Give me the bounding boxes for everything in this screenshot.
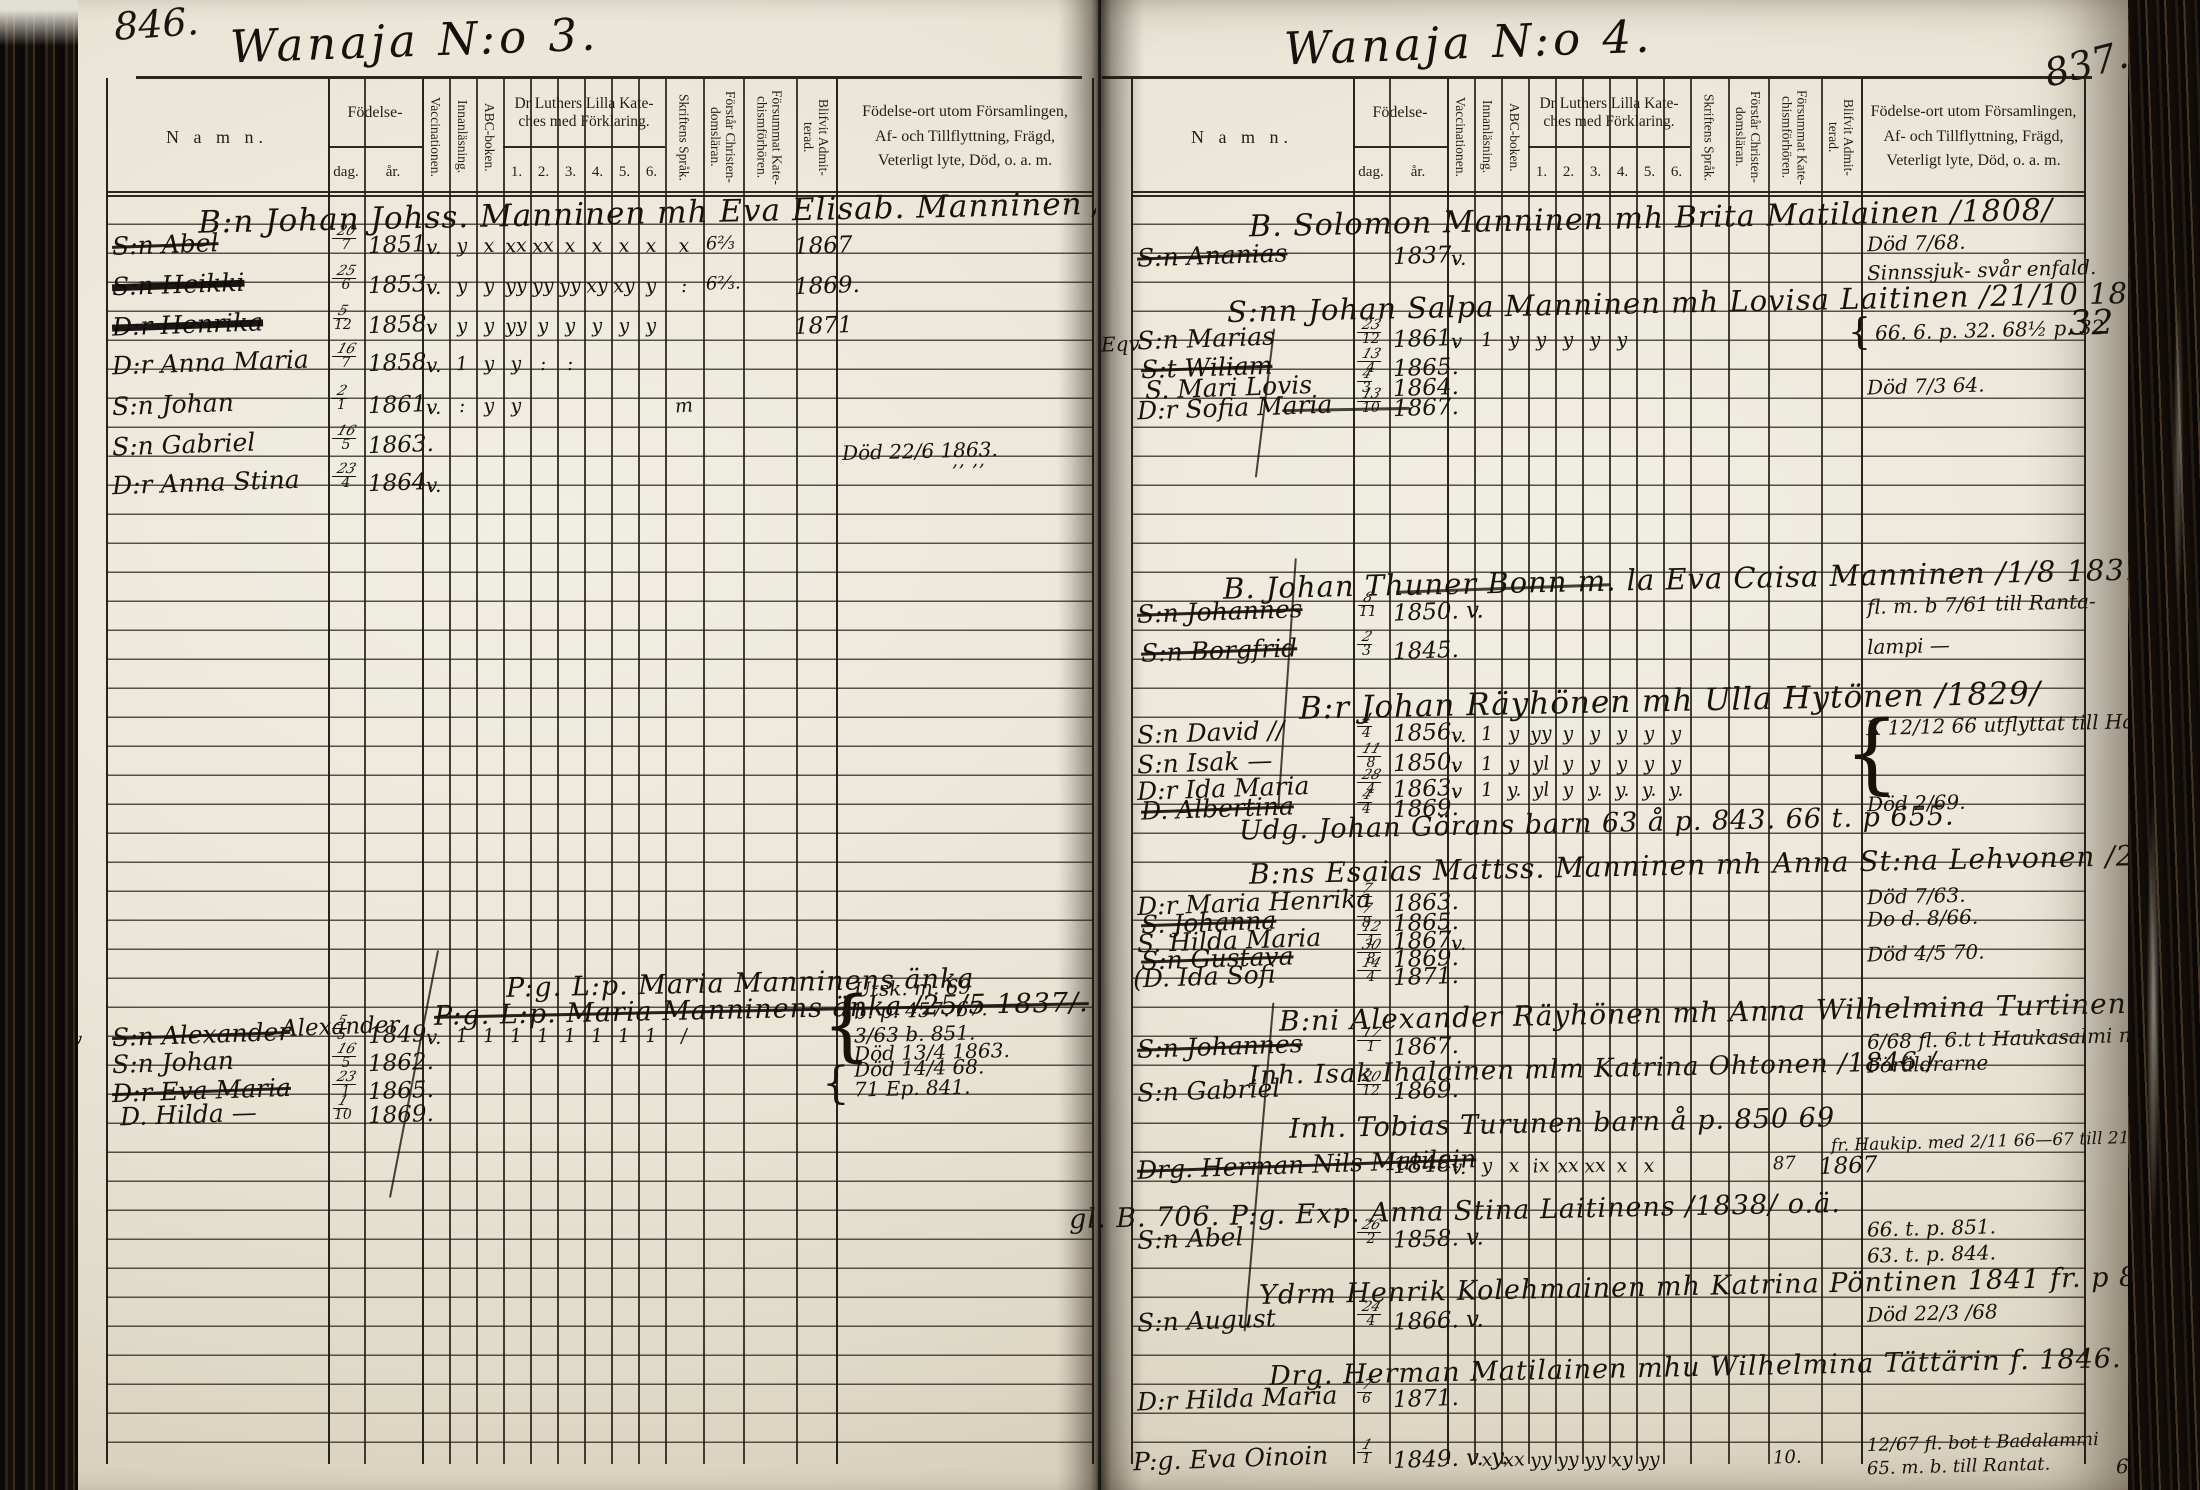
column-line (328, 78, 330, 1464)
page-stack-edge (2128, 0, 2200, 1490)
column-header-katekes-6: 6. (1663, 148, 1690, 196)
column-header-katekes-5: 5. (611, 148, 638, 196)
curly-brace: { (1844, 710, 1900, 797)
birth-year: 1848. (1393, 1153, 1460, 1178)
column-line (1389, 78, 1391, 1464)
remark-line: Död 22/3 /68 (1867, 1301, 1998, 1324)
column-header-innanlasning: Innanläsning. (1474, 78, 1501, 196)
birth-year: 1871. (1393, 1387, 1460, 1412)
birth-year: 1850. (1393, 751, 1460, 776)
reading-mark: y (645, 277, 657, 297)
remark-line: lampi — (1867, 635, 1950, 657)
birth-year: 1862. (368, 1051, 435, 1076)
reading-mark: xx (1584, 1156, 1607, 1176)
birth-day: 76 (1359, 1380, 1374, 1405)
curly-brace: { (822, 988, 872, 1066)
person-name: (D. Ida Sofi (1133, 962, 1276, 992)
vaccination-mark: v. (1451, 1157, 1467, 1178)
birth-day: 256 (334, 266, 358, 291)
reading-mark: yy (505, 276, 528, 296)
birth-day: 2012 (1359, 1072, 1383, 1097)
vaccination-mark: v (1451, 331, 1463, 351)
left-page: 846. Wanaja N:o 3. N a m n. Födelse- dag… (78, 0, 1096, 1490)
curly-brace: { (822, 1062, 850, 1106)
heading-rule (1102, 76, 2092, 79)
reading-mark: y (483, 397, 495, 417)
reading-mark: x (678, 237, 690, 257)
birth-day: 55 (334, 1016, 349, 1041)
book-binding-edge (0, 0, 78, 1490)
column-header-katekes-2: 2. (530, 148, 557, 196)
remark-line: 66. t. p. 851. (1867, 1216, 1996, 1239)
column-header-skriftens-sprak: Skriftens Språk. (1690, 78, 1728, 196)
admitted-year: 1867 (794, 234, 853, 259)
column-header-remarks: Födelse-ort utom Församlingen,Af- och Ti… (1861, 78, 2086, 196)
vaccination-mark: v. (426, 397, 442, 418)
remark-line: Död 4/5 70. (1867, 941, 1985, 964)
column-header-katekes-2: 2. (1555, 148, 1582, 196)
reading-mark: : (680, 277, 688, 296)
column-header-skriftens-sprak: Skriftens Språk. (665, 78, 703, 196)
reading-mark: y (1562, 725, 1574, 745)
note-entry: 32 (2069, 306, 2115, 341)
remark-line: Do d. 8/66. (1867, 907, 1979, 930)
reading-mark: x (1616, 1157, 1628, 1177)
reading-mark: 1 (644, 1027, 657, 1047)
column-line (1555, 78, 1557, 1464)
reading-mark: y (1616, 331, 1628, 351)
person-name: D:r Anna Maria (112, 347, 310, 379)
column-header-admitterad: Blifvit Admit-terad. (1821, 78, 1861, 196)
column-header-katekes-1: 1. (1528, 148, 1555, 196)
person-name: D:r Hilda Maria (1137, 1383, 1338, 1415)
reading-mark: y (510, 397, 522, 417)
column-header-katekes-1: 1. (503, 148, 530, 196)
column-header-katekes-4: 4. (1609, 148, 1636, 196)
reading-mark: y. (1614, 781, 1630, 801)
person-name: S:n Borgfrid (1141, 635, 1298, 665)
birth-year: 1871. (1393, 965, 1460, 990)
column-header-admitterad: Blifvit Admit-terad. (796, 78, 836, 196)
column-line (1131, 78, 1133, 1464)
reading-mark: y (1562, 755, 1574, 775)
birth-day: 234 (334, 464, 358, 489)
reading-mark: y (1508, 755, 1520, 775)
column-header-ar: år. (364, 148, 422, 196)
column-header-innanlasning: Innanläsning. (449, 78, 476, 196)
reading-mark: x (645, 237, 657, 257)
column-line (703, 78, 705, 1464)
reading-mark: yy (1638, 1450, 1661, 1470)
remark-line: 71 Ep. 841. (854, 1076, 971, 1099)
reading-mark: x (1508, 1157, 1520, 1177)
reading-mark: 1 (1480, 725, 1493, 745)
vaccination-mark: v. (426, 355, 442, 376)
header-divider (1353, 146, 1447, 148)
reading-mark: / (680, 1027, 688, 1046)
column-header-remarks: Födelse-ort utom Församlingen,Af- och Ti… (836, 78, 1094, 196)
reading-mark: 1 (1480, 331, 1493, 351)
reading-mark: y (1508, 725, 1520, 745)
note-entry: ‚‚ ‚‚ (952, 452, 986, 471)
birth-year: 1866. v. (1393, 1308, 1484, 1334)
birth-day: 165 (334, 1044, 358, 1069)
reading-mark: y (1562, 781, 1574, 801)
reading-mark: x (618, 237, 630, 257)
vaccination-mark: v. (426, 1027, 442, 1048)
reading-mark: ix (1532, 1156, 1550, 1176)
person-name: D. Hilda — (120, 1100, 257, 1130)
reading-mark: 1 (590, 1027, 603, 1047)
person-name: P:g. Eva Oinoin (1133, 1443, 1329, 1475)
birth-day: 23 (1359, 632, 1374, 657)
reading-mark: y (456, 277, 468, 297)
birth-day: 262 (1359, 1220, 1383, 1245)
header-divider (328, 146, 422, 148)
reading-mark: 1 (1480, 755, 1493, 775)
person-name: S:n August (1137, 1306, 1277, 1336)
person-name: S:n Heikki (112, 270, 245, 300)
reading-mark: y (1562, 331, 1574, 351)
vaccination-mark: v (1451, 755, 1463, 775)
reading-mark: x (1643, 1157, 1655, 1177)
right-page: 837. Wanaja N:o 4. N a m n. Födelse- dag… (1096, 0, 2140, 1490)
heading-rule (136, 76, 1082, 79)
reading-mark: y. (1668, 781, 1684, 801)
reading-mark: xy (1611, 1450, 1634, 1470)
reading-mark: y (483, 317, 495, 337)
birth-year: 1869. (1393, 1079, 1460, 1104)
column-line (743, 78, 745, 1464)
birth-year: 1853. (368, 273, 435, 298)
birth-year: 1864. (368, 471, 435, 496)
remark-line: Död 7/68. (1867, 232, 1966, 255)
person-name: S:n Abel (1137, 1224, 1244, 1253)
birth-day: 165 (334, 426, 358, 451)
column-header-ar: år. (1389, 148, 1447, 196)
reading-mark: y (510, 355, 522, 375)
reading-mark: y (1589, 755, 1601, 775)
column-header-katekes-6: 6. (638, 148, 665, 196)
reading-mark: y (537, 317, 549, 337)
forsummat-mark: 87 (1773, 1155, 1797, 1174)
person-name: S:n Gabriel (1137, 1076, 1281, 1106)
reading-mark: x (564, 237, 576, 257)
vaccination-mark: v. (426, 277, 442, 298)
reading-mark: y (1643, 755, 1655, 775)
birth-day: 144 (1359, 958, 1383, 983)
reading-mark: y (1481, 1157, 1493, 1177)
reading-mark: xx (505, 236, 528, 256)
person-name: D:r Sofia Maria (1137, 392, 1333, 424)
reading-mark: y (618, 317, 630, 337)
remark-line: fl. m. b 7/61 till Ranta- (1867, 591, 2096, 617)
reading-mark: 1 (563, 1027, 576, 1047)
column-line (449, 78, 451, 1464)
forsummat-mark: 10. (1773, 1449, 1802, 1468)
birth-year: 1850. v. (1393, 599, 1484, 625)
person-name: S:n Johan (112, 1048, 235, 1077)
admitted-year: 1871 (794, 314, 853, 339)
reading-mark: yy (532, 276, 555, 296)
birth-day: 207 (334, 226, 358, 251)
column-header-forsummat: Försummat Kate-chismförhören. (1768, 78, 1821, 196)
reading-mark: y (1589, 725, 1601, 745)
reading-mark: y. (1506, 781, 1522, 801)
column-line (665, 78, 667, 1464)
person-name: S:n Marias (1137, 324, 1276, 354)
column-line (638, 78, 640, 1464)
admitted-year: 1867 (1819, 1154, 1878, 1179)
column-line (106, 78, 108, 1464)
birth-day: 512 (334, 306, 352, 331)
margin-note: Eqv (1101, 333, 1140, 354)
reading-mark: x (483, 237, 495, 257)
reading-mark: yy (559, 276, 582, 296)
reading-mark: xy (613, 276, 636, 296)
reading-mark: yy (1530, 724, 1553, 744)
column-header-forstar: Förstår Christen-domsläran. (703, 78, 743, 196)
reading-mark: xx (1557, 1156, 1580, 1176)
reading-mark: y (564, 317, 576, 337)
birth-year: 1837. (1393, 244, 1460, 269)
remark-line: b. p. 457. 67. (854, 998, 988, 1021)
page-title-left: Wanaja N:o 3. (229, 8, 600, 74)
birth-day: 171 (1359, 1028, 1383, 1053)
reading-mark: 1 (482, 1027, 495, 1047)
reading-mark: m (674, 396, 693, 416)
remark-line: 65. m. b. till Rantat. (1867, 1456, 2051, 1479)
column-line (1474, 78, 1476, 1464)
column-line (1353, 78, 1355, 1464)
reading-mark: : (566, 355, 574, 374)
reading-mark: y (1535, 331, 1547, 351)
admitted-year: 1869. (794, 274, 861, 299)
birth-day: 244 (1359, 1302, 1383, 1327)
person-name: S:n Johannes (1137, 1031, 1303, 1062)
birth-year: 1856. (1393, 721, 1460, 746)
remark-line: Död 7/63. (1867, 885, 1966, 908)
birth-day: 118 (1359, 744, 1383, 769)
vaccination-mark: v. (1451, 248, 1467, 269)
reading-mark: y (1670, 725, 1682, 745)
person-name: S:n Gabriel (112, 430, 256, 460)
reading-mark: x (1481, 1451, 1493, 1471)
column-line (1528, 78, 1530, 1464)
reading-mark: xy (586, 276, 609, 296)
reading-mark: yy (1557, 1450, 1580, 1470)
table-header: N a m n. Födelse- dag. år. Vaccinationen… (106, 78, 1094, 196)
reading-mark: 1 (617, 1027, 630, 1047)
column-header-katekes-4: 4. (584, 148, 611, 196)
vaccination-mark: v. (426, 237, 442, 258)
person-name: S:n Johannes (1137, 596, 1303, 627)
reading-mark: y (456, 317, 468, 337)
remark-line: Död 7/3 64. (1867, 374, 1985, 397)
curly-brace: { (1848, 314, 1871, 350)
column-header-fodelse: Födelse- (1353, 78, 1447, 148)
birth-year: 1863. (368, 433, 435, 458)
reading-mark: y (483, 277, 495, 297)
person-name: S:n Johan (112, 390, 235, 419)
reading-mark: y (483, 355, 495, 375)
reading-mark: x (591, 237, 603, 257)
person-name: D:r Anna Stina (112, 467, 300, 499)
column-line (476, 78, 478, 1464)
column-line (1609, 78, 1611, 1464)
column-header-dag: dag. (328, 148, 364, 196)
birth-year: 1851. (368, 233, 435, 258)
reading-mark: y (1643, 725, 1655, 745)
reading-mark: y. (1641, 781, 1657, 801)
birth-year: 1845. (1393, 639, 1460, 664)
reading-mark: xx (532, 236, 555, 256)
column-header-katekes-5: 5. (1636, 148, 1663, 196)
column-header-katekes-3: 3. (557, 148, 584, 196)
reading-mark: 1 (455, 355, 468, 375)
birth-day: 11 (1359, 1440, 1374, 1465)
person-name: S:n David // (1137, 717, 1285, 747)
birth-year: 1858. (368, 351, 435, 376)
scanned-ledger: 846. Wanaja N:o 3. N a m n. Födelse- dag… (0, 0, 2200, 1490)
reading-mark: y (1508, 331, 1520, 351)
birth-day: 167 (334, 344, 358, 369)
vaccination-mark: v. (1451, 725, 1467, 746)
birth-year: 1869. (368, 1103, 435, 1128)
column-header-forstar: Förstår Christen-domsläran. (1728, 78, 1768, 196)
page-number-left: 846. (113, 0, 200, 49)
birth-year: 1861. (368, 393, 435, 418)
reading-mark: xx (1503, 1450, 1526, 1470)
reading-mark: y (1616, 725, 1628, 745)
column-header-dag: dag. (1353, 148, 1389, 196)
birth-day: 811 (1359, 593, 1377, 618)
person-name: S:n Ananias (1137, 240, 1288, 270)
vaccination-mark: v. (426, 475, 442, 496)
reading-mark: yl (1532, 780, 1550, 800)
birth-day: 44 (1359, 790, 1374, 815)
column-header-abc-boken: ABC-boken. (476, 78, 503, 196)
column-header-namn: N a m n. (1131, 78, 1353, 196)
column-header-fodelse: Födelse- (328, 78, 422, 148)
birth-year: 1858. v. (1393, 1226, 1484, 1252)
person-name: D:r Henrika (112, 309, 264, 339)
reading-mark: yy (1584, 1450, 1607, 1470)
person-name: S:n Abel (112, 230, 219, 259)
column-header-abc-boken: ABC-boken. (1501, 78, 1528, 196)
column-line (1501, 78, 1503, 1464)
birth-year: 1861. (1393, 327, 1460, 352)
birth-day: 110 (334, 1096, 352, 1121)
reading-mark: y (456, 237, 468, 257)
reading-mark: yy (1530, 1450, 1553, 1470)
column-header-namn: N a m n. (106, 78, 328, 196)
birth-day: 2312 (1359, 320, 1383, 345)
reading-mark: y (1616, 755, 1628, 775)
birth-day: 44 (1359, 714, 1374, 739)
reading-mark: y (1670, 755, 1682, 775)
column-line (1582, 78, 1584, 1464)
reading-mark: 1 (509, 1027, 522, 1047)
reading-mark: y (1589, 331, 1601, 351)
reading-mark: y (645, 317, 657, 337)
remark-line: 63. t. p. 844. (1867, 1242, 1996, 1265)
reading-mark: 1 (1480, 781, 1493, 801)
birth-year: 1858. (368, 313, 435, 338)
table-body-ruling (106, 196, 1094, 1464)
page-title-right: Wanaja N:o 4. (1283, 10, 1654, 76)
page-number-right: 837. (2040, 32, 2133, 95)
person-name: S:n Alexander (112, 1019, 291, 1050)
forstar-mark: 6⅔ (706, 235, 736, 254)
column-line (1092, 78, 1094, 1464)
column-line (364, 78, 366, 1464)
vaccination-mark: v (426, 317, 438, 337)
forstar-mark: 6⅔. (706, 274, 741, 293)
reading-mark: 1 (536, 1027, 549, 1047)
reading-mark: y (591, 317, 603, 337)
column-header-vaccination: Vaccinationen. (422, 78, 449, 196)
reading-mark: y. (1587, 781, 1603, 801)
reading-mark: 1 (455, 1027, 468, 1047)
birth-day: 21 (334, 386, 349, 411)
reading-mark: : (458, 397, 466, 416)
column-header-forsummat: Försummat Kate-chismförhören. (743, 78, 796, 196)
reading-mark: : (539, 355, 547, 374)
column-header-katekes-3: 3. (1582, 148, 1609, 196)
reading-mark: yl (1532, 754, 1550, 774)
column-header-vaccination: Vaccinationen. (1447, 78, 1474, 196)
reading-mark: yy (505, 316, 528, 336)
